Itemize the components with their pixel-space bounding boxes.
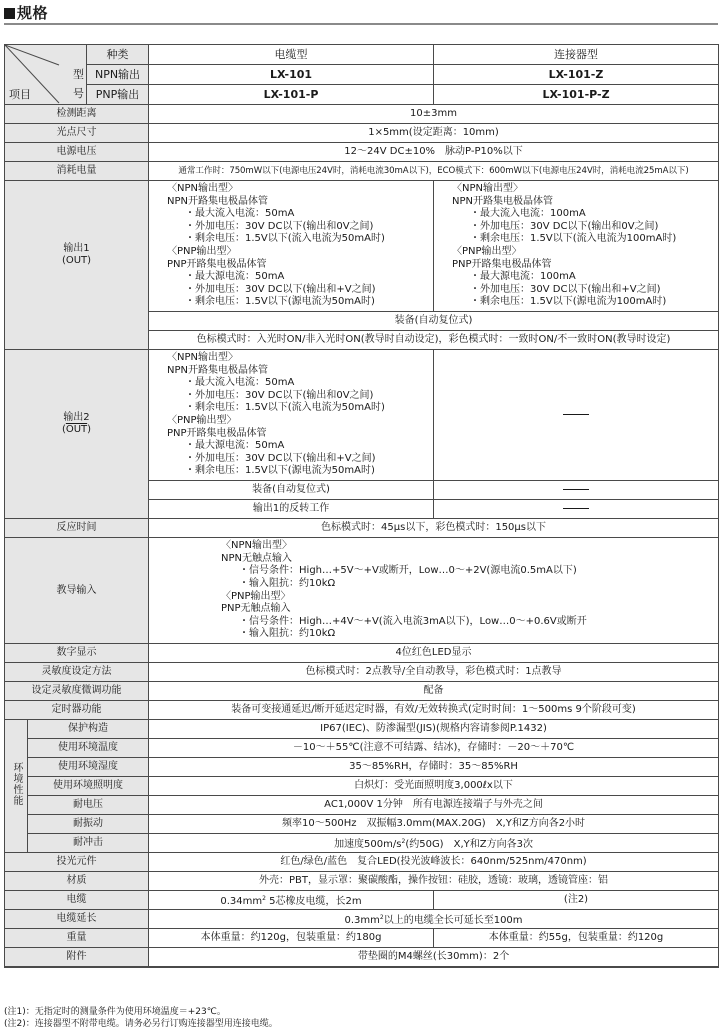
- row-supply-voltage: 电源电压 12～24V DC±10% 脉动P-P10%以下: [5, 143, 719, 162]
- row-value: 外壳：PBT，显示罩：聚碳酸酯，操作按钮：硅胶，透镜：玻璃，透镜管座：铝: [149, 872, 719, 891]
- row-spot-size: 光点尺寸 1×5mm(设定距离：10mm): [5, 124, 719, 143]
- item-label: 项目: [9, 89, 31, 101]
- row-label: 耐电压: [28, 796, 149, 815]
- row-sensitivity-method: 灵敏度设定方法 色标模式时：2点教导/全自动教导，彩色模式时：1点教导: [5, 663, 719, 682]
- row-value: 频率10～500Hz 双振幅3.0mm(MAX.20G) X,Y和Z方向各2小时: [149, 815, 719, 834]
- row-label: 保护构造: [28, 720, 149, 739]
- row-value-cable: 本体重量：约120g，包装重量：约180g: [149, 929, 434, 948]
- row-accessory: 附件 带垫圈的M4螺丝(长30mm)：2个: [5, 948, 719, 967]
- row-value: 白炽灯：受光面照明度3,000ℓx以下: [149, 777, 719, 796]
- row-label: 教导输入: [5, 538, 149, 644]
- kind-label: 种类: [87, 45, 149, 65]
- header-kind-row: 项目 型 号 种类 电缆型 连接器型: [5, 45, 719, 65]
- row-label: 光点尺寸: [5, 124, 149, 143]
- output2-label: 输出2 (OUT): [5, 350, 149, 519]
- row-value: 4位红色LED显示: [149, 644, 719, 663]
- row-value: 色标模式时：45μs以下，彩色模式时：150μs以下: [149, 519, 719, 538]
- not-applicable-dash: [563, 489, 589, 490]
- row-env-vibration: 耐振动 频率10～500Hz 双振幅3.0mm(MAX.20G) X,Y和Z方向…: [5, 815, 719, 834]
- row-output2: 输出2 (OUT) 〈NPN输出型〉 NPN开路集电极晶体管 ・最大流入电流：5…: [5, 350, 719, 481]
- row-value: 通常工作时：750mW以下(电源电压24V时，消耗电流30mA以下)，ECO模式…: [149, 162, 719, 181]
- row-label: 使用环境湿度: [28, 758, 149, 777]
- row-label: 耐冲击: [28, 834, 149, 853]
- output2-connector-spec: [434, 350, 719, 481]
- row-value-connector: [434, 500, 719, 519]
- model-label-1: 型: [73, 69, 84, 81]
- row-fine-adjust: 设定灵敏度微调功能 配备: [5, 682, 719, 701]
- row-sensing-distance: 检测距离 10±3mm: [5, 105, 719, 124]
- row-value-cable: 0.34mm2 5芯橡皮电缆，长2m: [149, 891, 434, 910]
- model-npn-cable: LX-101: [149, 65, 434, 85]
- row-value: 带垫圈的M4螺丝(长30mm)：2个: [149, 948, 719, 967]
- row-response-time: 反应时间 色标模式时：45μs以下，彩色模式时：150μs以下: [5, 519, 719, 538]
- row-label: 反应时间: [5, 519, 149, 538]
- row-env-humidity: 使用环境湿度 35～85%RH，存储时：35～85%RH: [5, 758, 719, 777]
- title-divider: [4, 23, 718, 25]
- row-value-connector: (注2): [434, 891, 719, 910]
- row-value: 加速度500m/s2(约50G) X,Y和Z方向各3次: [149, 834, 719, 853]
- row-value: 装备(自动复位式): [149, 312, 719, 331]
- model-npn-connector: LX-101-Z: [434, 65, 719, 85]
- row-value: 装备可变接通延迟/断开延迟定时器，有效/无效转换式(定时时间：1～500ms 9…: [149, 701, 719, 720]
- row-value-connector: 本体重量：约55g，包装重量：约120g: [434, 929, 719, 948]
- row-value: 色标模式时：2点教导/全自动教导，彩色模式时：1点教导: [149, 663, 719, 682]
- row-cable-extension: 电缆延长 0.3mm2以上的电缆全长可延长至100m: [5, 910, 719, 929]
- row-label: 使用环境温度: [28, 739, 149, 758]
- footnotes: (注1)：无指定时的测量条件为使用环境温度＝+23℃。 (注2)：连接器型不附带…: [4, 1006, 278, 1030]
- row-timer: 定时器功能 装备可变接通延迟/断开延迟定时器，有效/无效转换式(定时时间：1～5…: [5, 701, 719, 720]
- row-env-voltage-withstand: 耐电压 AC1,000V 1分钟 所有电源连接端子与外壳之间: [5, 796, 719, 815]
- kind-cable: 电缆型: [149, 45, 434, 65]
- row-value: 色标模式时：入光时ON/非入光时ON(教导时自动设定)，彩色模式时：一致时ON/…: [149, 331, 719, 350]
- row-label: 电缆: [5, 891, 149, 910]
- row-label: 设定灵敏度微调功能: [5, 682, 149, 701]
- footnote-1: (注1)：无指定时的测量条件为使用环境温度＝+23℃。: [4, 1006, 278, 1018]
- model-label-2: 号: [73, 88, 84, 100]
- not-applicable-dash: [563, 414, 589, 415]
- row-env-protection: 环境性能 保护构造 IP67(IEC)、防渗漏型(JIS)(规格内容请参阅P.1…: [5, 720, 719, 739]
- row-value: 红色/绿色/蓝色 复合LED(投光波峰波长：640nm/525nm/470nm): [149, 853, 719, 872]
- row-value-cable: 装备(自动复位式): [149, 481, 434, 500]
- row-env-illuminance: 使用环境照明度 白炽灯：受光面照明度3,000ℓx以下: [5, 777, 719, 796]
- row-value: AC1,000V 1分钟 所有电源连接端子与外壳之间: [149, 796, 719, 815]
- header-npn-row: NPN输出 LX-101 LX-101-Z: [5, 65, 719, 85]
- square-bullet-icon: [4, 8, 15, 19]
- pnp-output-label: PNP输出: [87, 85, 149, 105]
- row-value: 配备: [149, 682, 719, 701]
- footnote-2: (注2)：连接器型不附带电缆。请务必另行订购连接器型用连接电缆。: [4, 1018, 278, 1030]
- row-label: 定时器功能: [5, 701, 149, 720]
- row-value: 0.3mm2以上的电缆全长可延长至100m: [149, 910, 719, 929]
- row-power-consumption: 消耗电量 通常工作时：750mW以下(电源电压24V时，消耗电流30mA以下)，…: [5, 162, 719, 181]
- row-label: 电缆延长: [5, 910, 149, 929]
- row-value: 35～85%RH，存储时：35～85%RH: [149, 758, 719, 777]
- output2-cable-spec: 〈NPN输出型〉 NPN开路集电极晶体管 ・最大流入电流：50mA ・外加电压：…: [149, 350, 434, 481]
- row-value: 10±3mm: [149, 105, 719, 124]
- teach-input-spec: 〈NPN输出型〉 NPN无触点输入 ・信号条件：High…+5V～+V或断开，L…: [149, 538, 719, 644]
- kind-connector: 连接器型: [434, 45, 719, 65]
- row-value: IP67(IEC)、防渗漏型(JIS)(规格内容请参阅P.1432): [149, 720, 719, 739]
- row-label: 数字显示: [5, 644, 149, 663]
- row-value-connector: [434, 481, 719, 500]
- row-digital-display: 数字显示 4位红色LED显示: [5, 644, 719, 663]
- row-label: 检测距离: [5, 105, 149, 124]
- row-cable: 电缆 0.34mm2 5芯橡皮电缆，长2m (注2): [5, 891, 719, 910]
- row-label: 附件: [5, 948, 149, 967]
- row-env-temperature: 使用环境温度 －10～＋55℃(注意不可结露、结冰)，存储时：－20～＋70℃: [5, 739, 719, 758]
- row-label: 灵敏度设定方法: [5, 663, 149, 682]
- output1-cable-spec: 〈NPN输出型〉 NPN开路集电极晶体管 ・最大流入电流：50mA ・外加电压：…: [149, 181, 434, 312]
- row-label: 耐振动: [28, 815, 149, 834]
- row-value: 1×5mm(设定距离：10mm): [149, 124, 719, 143]
- row-label: 消耗电量: [5, 162, 149, 181]
- row-weight: 重量 本体重量：约120g，包装重量：约180g 本体重量：约55g，包装重量：…: [5, 929, 719, 948]
- row-value-cable: 输出1的反转工作: [149, 500, 434, 519]
- row-teach-input: 教导输入 〈NPN输出型〉 NPN无触点输入 ・信号条件：High…+5V～+V…: [5, 538, 719, 644]
- row-label: 使用环境照明度: [28, 777, 149, 796]
- not-applicable-dash: [563, 508, 589, 509]
- row-label: 投光元件: [5, 853, 149, 872]
- npn-output-label: NPN输出: [87, 65, 149, 85]
- row-env-shock: 耐冲击 加速度500m/s2(约50G) X,Y和Z方向各3次: [5, 834, 719, 853]
- row-label: 材质: [5, 872, 149, 891]
- row-output1: 输出1 (OUT) 〈NPN输出型〉 NPN开路集电极晶体管 ・最大流入电流：5…: [5, 181, 719, 312]
- environment-group-label: 环境性能: [5, 720, 28, 853]
- section-title: 规格: [4, 2, 48, 23]
- row-label: 重量: [5, 929, 149, 948]
- model-pnp-connector: LX-101-P-Z: [434, 85, 719, 105]
- model-pnp-cable: LX-101-P: [149, 85, 434, 105]
- row-label: 电源电压: [5, 143, 149, 162]
- header-corner-cell: 项目 型 号: [5, 45, 87, 105]
- row-emitter: 投光元件 红色/绿色/蓝色 复合LED(投光波峰波长：640nm/525nm/4…: [5, 853, 719, 872]
- output1-label: 输出1 (OUT): [5, 181, 149, 350]
- header-pnp-row: PNP输出 LX-101-P LX-101-P-Z: [5, 85, 719, 105]
- row-value: －10～＋55℃(注意不可结露、结冰)，存储时：－20～＋70℃: [149, 739, 719, 758]
- row-material: 材质 外壳：PBT，显示罩：聚碳酸酯，操作按钮：硅胶，透镜：玻璃，透镜管座：铝: [5, 872, 719, 891]
- output1-connector-spec: 〈NPN输出型〉 NPN开路集电极晶体管 ・最大流入电流：100mA ・外加电压…: [434, 181, 719, 312]
- spec-table: 项目 型 号 种类 电缆型 连接器型 NPN输出 LX-101 LX-101-Z…: [4, 44, 719, 968]
- row-value: 12～24V DC±10% 脉动P-P10%以下: [149, 143, 719, 162]
